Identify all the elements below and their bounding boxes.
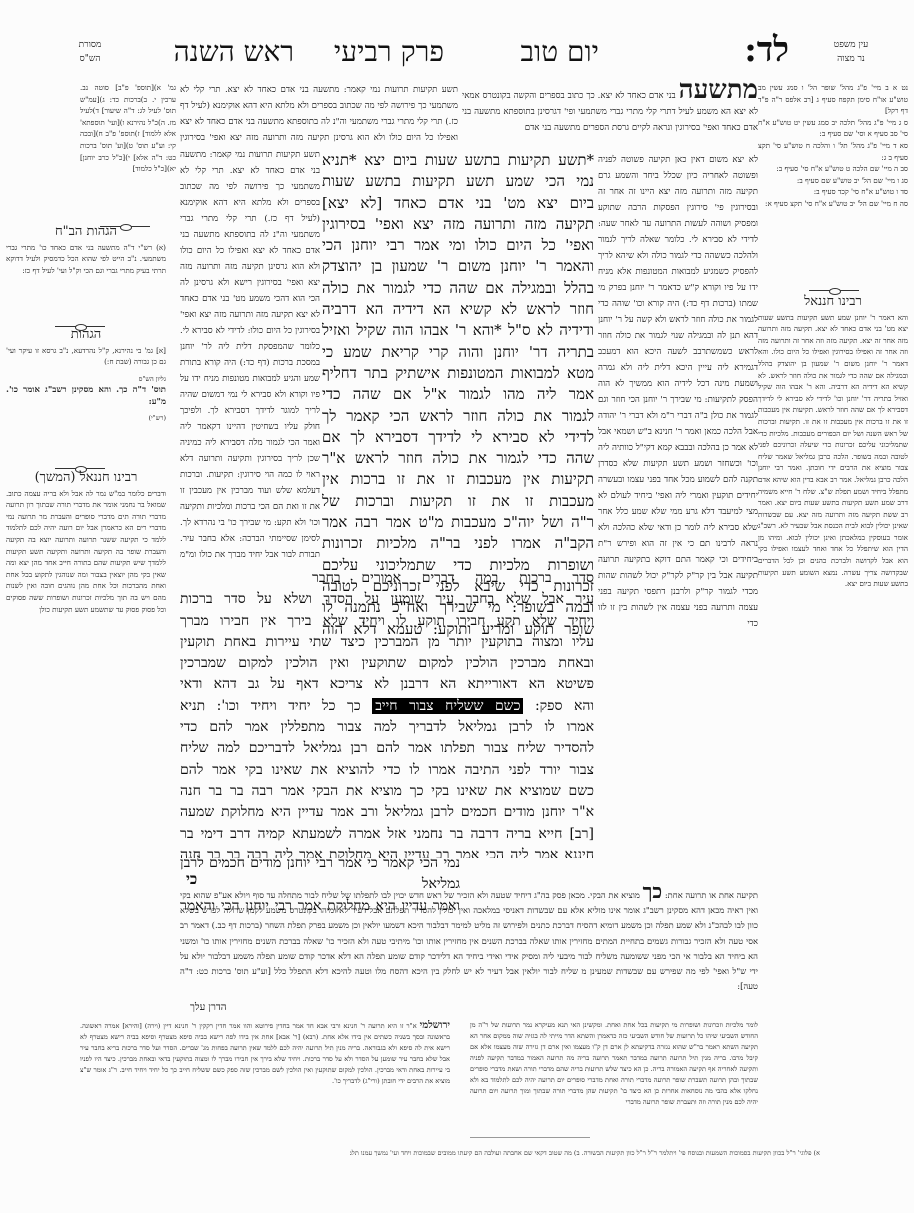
tosafot-dibbur: כך (643, 884, 663, 903)
yerushalmi-text: א"ר זו היא תרועה ר' חנינא ורבי אבא חד אמ… (80, 1022, 450, 1085)
gemara-wide-line: ויחיד שלא תקע חבירו תוקע לו ויחיד שלא בי… (180, 611, 594, 632)
ein-mishpat-entry: סה ח מיי' שם הל' יב טוש"ע א"ח סי' תקצ סע… (758, 198, 908, 210)
rabbeinu-chananel-title: רבינו חננאל (758, 296, 908, 308)
ein-mishpat-entry: סא ד מיי' פ"ג מהל' תל' ו והלכה ח טוש"ע ס… (758, 140, 908, 163)
seder-title: יום טוב (521, 35, 599, 69)
gemara-line: תקיעה מזה ותרועה מזה יצא ואפי' בסירוגין (322, 214, 594, 235)
gemara-wide-line: אמרו לו לרבן גמליאל לדבריך למה צבור מתפל… (180, 717, 594, 738)
rashi-note: (רש"י) (6, 413, 166, 425)
gemara-line: והאמר ר' יוחנן משום ר' שמעון בן יהוצדק (322, 256, 594, 277)
tosafot-upper-column: תשע תקיעות תרועות נמי קאמר: מתשעה בני אד… (180, 82, 458, 147)
gemara-wide: סדר ברכות במה דברים אמורים בחבר עיר אבל … (180, 568, 594, 858)
footnote: א) פלוגי' ר"ל בכוון תקיעות בסמוכות השמעו… (350, 1149, 820, 1157)
bottom-right-text: לומר מלכיות וזכרונות ושופרות מי תקיעות ב… (470, 1021, 758, 1106)
gemara-line: לגמור את כולה חוזר לראש הכי קאמר לך (322, 406, 594, 427)
hagahot-bach-column: הגהות הב"ח (א) רש"י ד"ה מתשעה בני אדם כא… (6, 222, 166, 322)
commentary-top: מתשעה בני אדם כאחד לא יצא. כך כתוב בספרי… (462, 82, 758, 152)
rabbeinu-chananel-cont-title: רבינו חננאל (המשך) (6, 472, 166, 484)
gemara-wide-line: עליו ומצוה בתוקעין יותר מן המברכין כיצד … (180, 632, 594, 653)
rashi-text: לא יצא משום דאין כאן תקיעה פשוטה לפניה ו… (598, 152, 758, 632)
ein-mishpat-label: עין משפט נר מצוה (816, 38, 886, 66)
rabbeinu-chananel-text: והא דאמר ר' יוחנן שמע תשע תקיעות בתשע שע… (758, 312, 908, 590)
ein-mishpat-entry: ס ג מיי' פ"ג מהל' תלכה יב סמג עשין יט טו… (758, 117, 908, 140)
mishnah-opening-word: מתשעה (679, 82, 758, 105)
gemara-line: ואפי' כל היום כולו ומי אמר רבי יוחנן הכי (322, 235, 594, 256)
yerushalmi-section: ירושלמי א"ר זו היא תרועה ר' חנינא ורבי א… (80, 1020, 450, 1120)
gemara-line: בהלל ובמגילה אם שהה כדי לגמור את כולה (322, 278, 594, 299)
gemara-line: *תשע תקיעות בתשע שעות ביום יצא *תניא (322, 150, 594, 171)
bottom-right-section: לומר מלכיות וזכרונות ושופרות מי תקיעות ב… (470, 1020, 758, 1132)
gemara-wide-line: להסדיר שליח צבור תפלתו אמר להם רבן גמליא… (180, 738, 594, 759)
highlighted-phrase[interactable]: כשם ששליח צבור חייב (372, 698, 523, 714)
gemara-line: אמר ליה מהו לגמור א"ל אם שהה כדי (322, 384, 594, 405)
gemara-line: לדידי לא סבירא לי לדידך דסבירא לך אם (322, 427, 594, 448)
gemara-highlight-line: והא ספק: כשם ששליח צבור חייב כך כל יחיד … (180, 696, 594, 717)
gemara-line: ביום יצא מט' בני אדם כאחד [לא יצא] (322, 193, 594, 214)
tosafot-text: תשע תקיעות תרועות נמי קאמר: מתשעה בני אד… (180, 82, 458, 147)
gemara-line: נמי הכי שמע תשע תקיעות בתשע שעות (322, 171, 594, 192)
page-header: עין משפט נר מצוה לד: יום טוב פרק רביעי ר… (0, 30, 914, 80)
gemara-wide-line: א"ר יוחנן מודים חכמים לרבן גמליאל ורב אמ… (180, 802, 594, 823)
hagahot-text: [א] גמ' בי נהירנא, ק"ל נהרדעא, נ"ב גרסא … (6, 345, 166, 368)
gemara-line: סדר ברכות במה דברים אמורים בחבר (180, 568, 594, 589)
gemara-line: תקיעות אין מעכבות זו את זו ברכות אין (322, 469, 594, 490)
gemara-wide-line: עיר אבל שלא בחבר עיר שומען על הסדר ושלא … (180, 589, 594, 610)
tosafot-column-text: תשע תקיעות תרועות נמי קאמר: מתשעה בני אד… (180, 147, 320, 567)
gemara-line: בתריה דר' יוחנן והוה קרי קריאת שמע כי (322, 342, 594, 363)
gilyon-label: גליון הש"ס (6, 374, 166, 386)
ein-mishpat-entry: נט א ב מיי' פ"ג מהל' שופר הל' ו סמג עשין… (758, 82, 908, 117)
yerushalmi-label: ירושלמי (420, 1020, 450, 1031)
ein-mishpat-entry: סד ו טוש"ע א"ח סי' קכד סעיף ב: (758, 186, 908, 198)
gemara-wide-line: ובאחת מברכין הולכין למקום שתוקעין ואין ה… (180, 653, 594, 674)
gemara-line: מעכבות זו את זו תקיעות וברכות של (322, 491, 594, 512)
perek-title: פרק רביעי (334, 35, 444, 69)
masoret-notes: גמ' א)[תוספ' פ"ב] סוטה נב. ערכין י. ב)בר… (80, 82, 176, 175)
highlight-before: והא ספק: (535, 698, 594, 714)
rabbeinu-chananel-cont-text: ודברים כלומר במ"ש נמר לה אבל ולא בריה עצ… (6, 488, 166, 616)
tosafot-bottom: תקיעה אחת או תרועה אחת: כך מוציא את הבקי… (180, 884, 758, 1002)
gemara-main: *תשע תקיעות בתשע שעות ביום יצא *תניא נמי… (322, 150, 594, 640)
gemara-line: חוזר לראש לא קשיא הא דידיה הא דרביה (322, 299, 594, 320)
tosafot-note: תוס' ד"ה כך. והא מסקינן רשב"ג אומר כו'. … (6, 385, 166, 408)
rabbeinu-chananel-right: רבינו חננאל והא דאמר ר' יוחנן שמע תשע תק… (758, 292, 908, 1062)
gemara-wide-line: פשיטא הא דאורייתא הא דרבנן לא צריכא דאף … (180, 674, 594, 695)
ein-mishpat-entry: סב ה מיי' שם הלכה ט טוש"ע א"ח סי' סעיף ב… (758, 163, 908, 175)
masoret-hashas-label: מסורת הש"ס (60, 38, 120, 66)
daf-number: לד: (744, 30, 789, 70)
tosafot-bottom-text: מוציא את הבקי. מכאן פסק בה"ג דיחיד שטעה … (180, 890, 758, 991)
hadran-label: הדרן עלך (190, 1002, 226, 1013)
gemara-wide-line: כשם שמוציא את שאינו בקי כך מוציא את הבקי… (180, 781, 594, 802)
highlight-after: כך כל יחיד ויחיד וכו': תניא (180, 698, 361, 714)
tosafot-column: תשע תקיעות תרועות נמי קאמר: מתשעה בני אד… (180, 147, 320, 567)
footnote-divider (470, 1137, 590, 1138)
gemara-line: מטא למבואות המטונפות אישתיק בתר דחליף (322, 363, 594, 384)
gemara-line: ודידיה לא ס"ל *והא ר' אבהו הוה שקיל ואזי… (322, 320, 594, 341)
hagahot-bach-text: (א) רש"י ד"ה מתשעה בני אדם כאחד כו' מתרי… (6, 242, 166, 277)
gemara-line: ר"ה ושל יוה"כ מעכבות מ"ט אמר רבה אמר (322, 512, 594, 533)
masechet-title: ראש השנה (174, 35, 294, 69)
ein-mishpat-column: נט א ב מיי' פ"ג מהל' שופר הל' ו סמג עשין… (758, 82, 908, 312)
gemara-wide-line: [רב] חייא בריה דרבה בר נחמני אזל אמרה לש… (180, 824, 594, 845)
hagahot-title: הגהות (6, 329, 166, 341)
hagahot-bach-title: הגהות הב"ח (6, 226, 166, 238)
gemara-wide-line: צבור יורד לפני התיבה אמרו לו כדי להוציא … (180, 760, 594, 781)
hagahot-column: הגהות [א] גמ' בי נהירנא, ק"ל נהרדעא, נ"ב… (6, 325, 166, 445)
ein-mishpat-entry: סג ו מיי' שם הל' יב טוש"ע שם סעיף ב: (758, 175, 908, 187)
tosafot-bottom-lead: תקיעה אחת או תרועה אחת: (665, 890, 758, 900)
masoret-hashas-column: גמ' א)[תוספ' פ"ב] סוטה נב. ערכין י. ב)בר… (80, 82, 176, 217)
rashi-column: לא יצא משום דאין כאן תקיעה פשוטה לפניה ו… (598, 152, 758, 882)
rabbeinu-chananel-left: רבינו חננאל (המשך) ודברים כלומר במ"ש נמר… (6, 468, 166, 1068)
gemara-line: שהה כדי לגמור את כולה חוזר לראש א"ר (322, 448, 594, 469)
gemara-line: הקב"ה אמרו לפני בר"ה מלכיות זכרונות (322, 533, 594, 554)
